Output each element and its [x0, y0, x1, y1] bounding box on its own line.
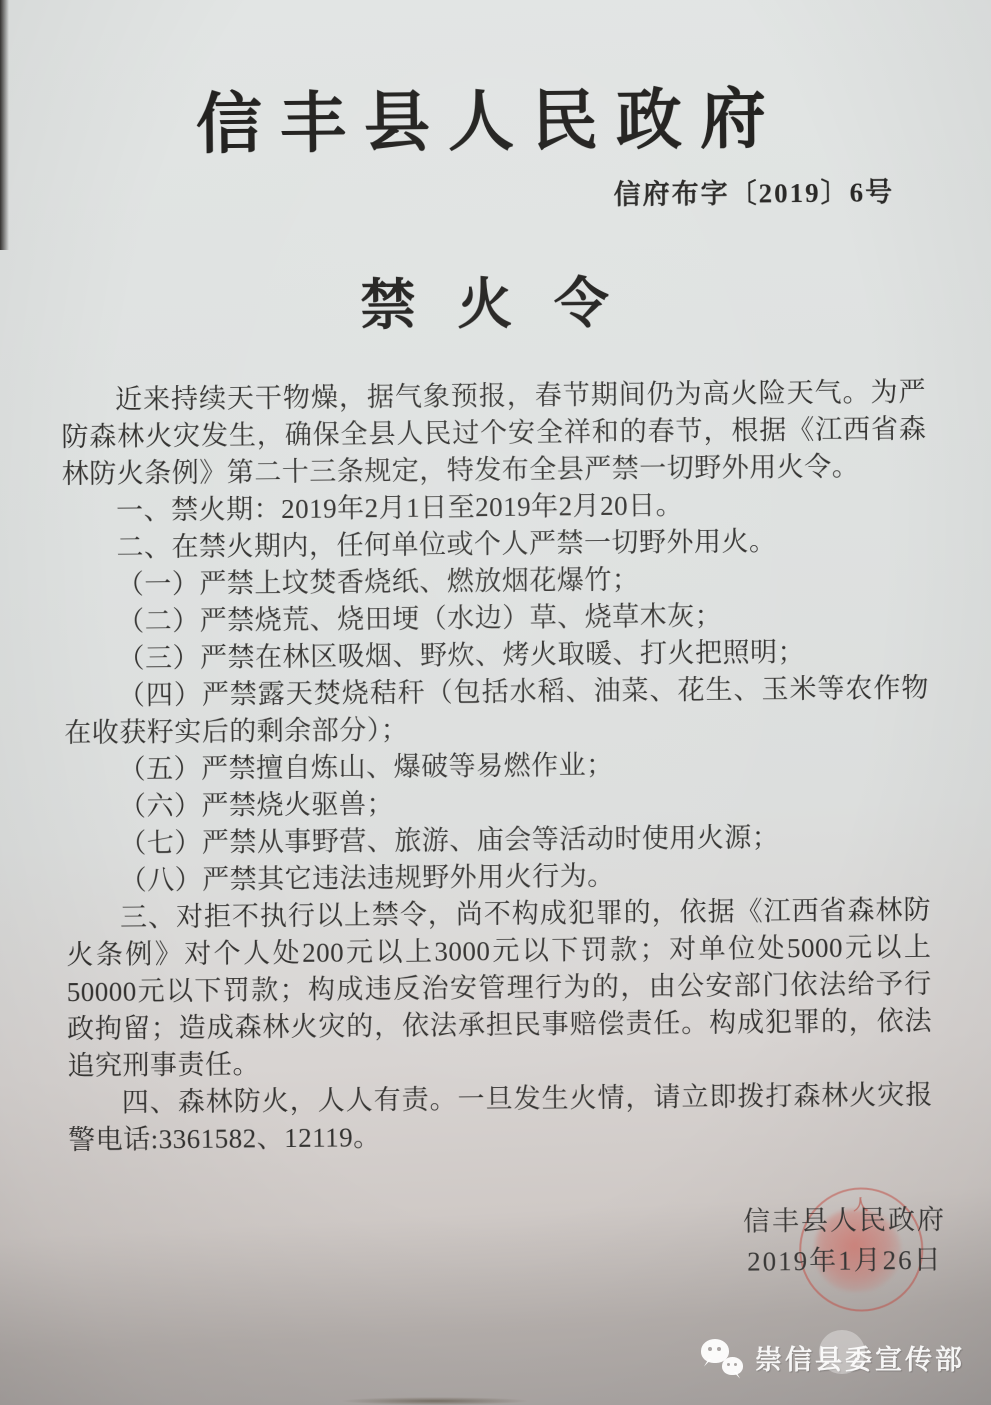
wechat-bubble-small: [722, 1357, 743, 1375]
body-paragraph: 四、森林防火，人人有责。一旦发生火情，请立即拨打森林火灾报警电话:3361582…: [68, 1077, 934, 1159]
signature-block: 信丰县人民政府 2019年1月26日: [743, 1200, 947, 1282]
watermark-label: 崇信县委宣传部: [755, 1338, 965, 1377]
wechat-icon: [701, 1339, 745, 1377]
document-number: 信府布字〔2019〕6号: [0, 170, 894, 218]
signature-date: 2019年1月26日: [743, 1240, 946, 1282]
body-paragraph: 近来持续天干物燥，据气象预报，春节期间仍为高火险天气。为严防森林火灾发生，确保全…: [61, 374, 927, 493]
document-photo: 信丰县人民政府 信府布字〔2019〕6号 禁 火 令 近来持续天干物燥，据气象预…: [0, 0, 991, 1405]
official-document: 信丰县人民政府 信府布字〔2019〕6号 禁 火 令 近来持续天干物燥，据气象预…: [0, 0, 991, 1405]
document-title: 禁 火 令: [0, 272, 987, 337]
document-org-title: 信丰县人民政府: [0, 0, 986, 161]
source-watermark: 崇信县委宣传部: [701, 1338, 965, 1377]
document-body: 近来持续天干物燥，据气象预报，春节期间仍为高火险天气。为严防森林火灾发生，确保全…: [61, 374, 933, 1159]
signature-org: 信丰县人民政府: [743, 1200, 946, 1242]
body-paragraph: 三、对拒不执行以上禁令，尚不构成犯罪的，依据《江西省森林防火条例》对个人处200…: [66, 892, 933, 1085]
body-paragraph: （四）严禁露天焚烧秸秆（包括水稻、油菜、花生、玉米等农作物在收获籽实后的剩余部分…: [64, 670, 930, 752]
